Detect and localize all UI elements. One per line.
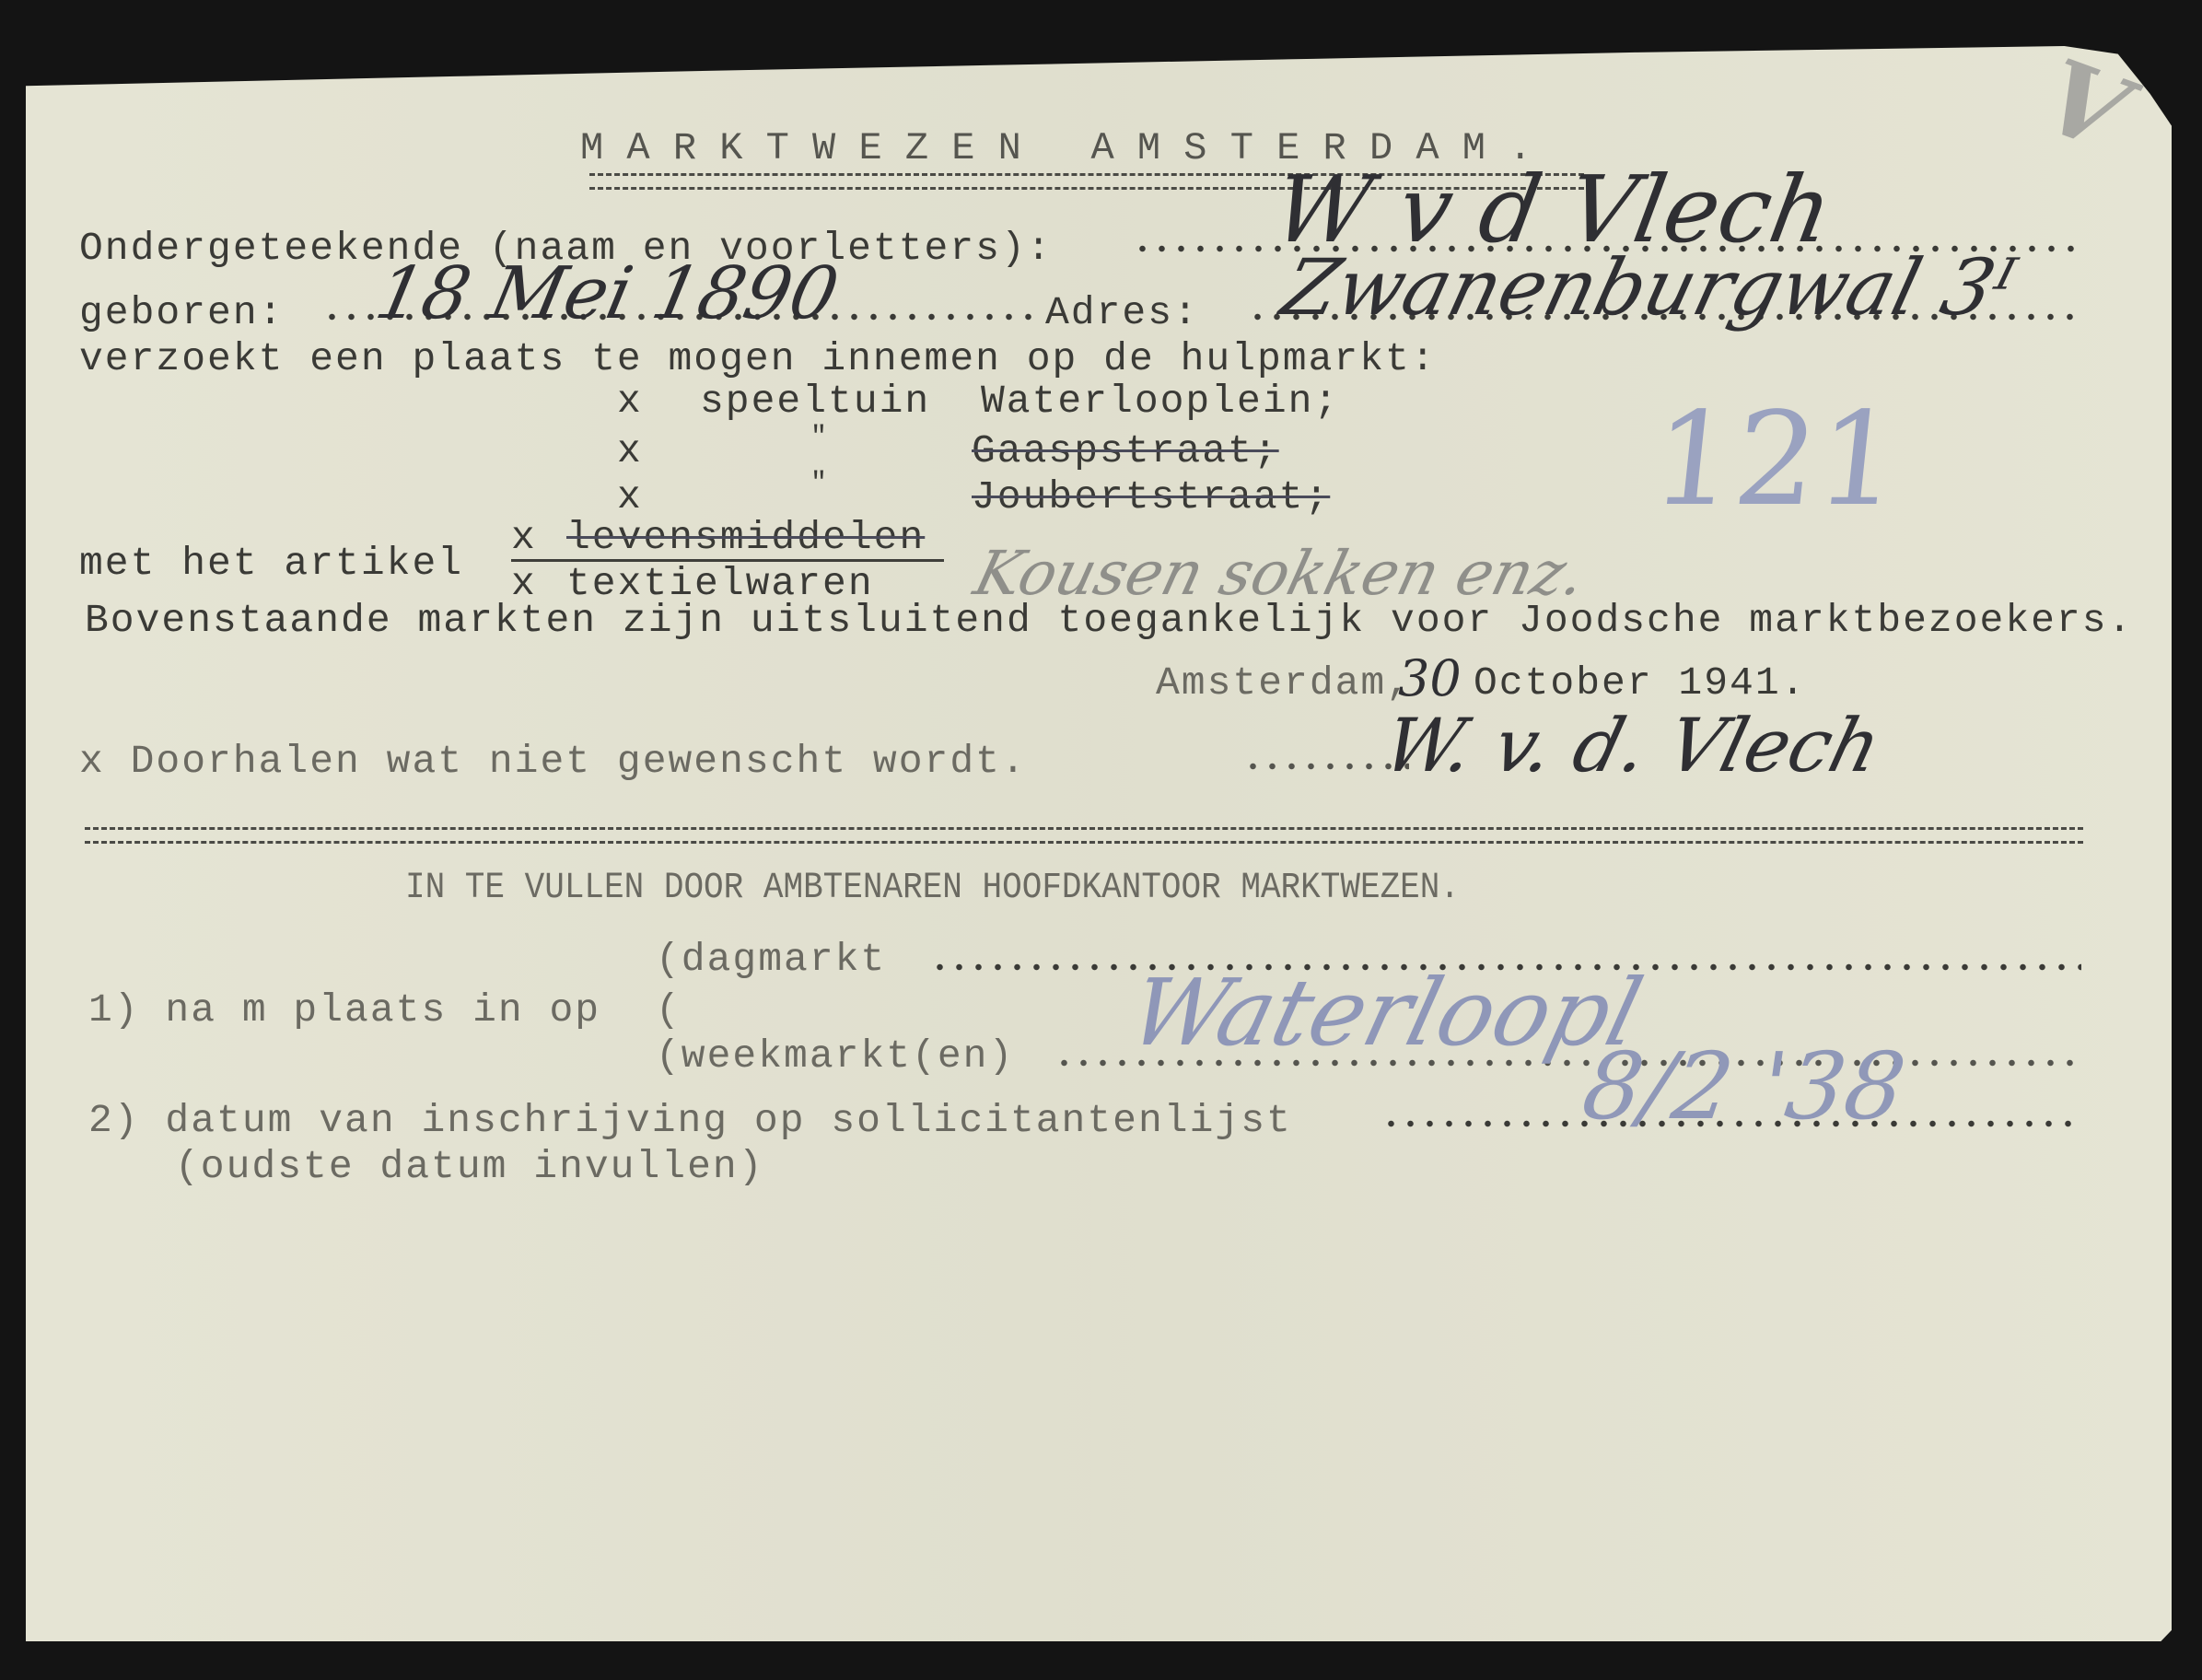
strike-instruction-footnote: x Doorhalen wat niet gewenscht wordt. [79, 741, 1027, 781]
item1-handwritten-market: Waterloopl [1122, 967, 1650, 1059]
market-mark: x [617, 431, 643, 471]
article-option-levensmiddelen: levensmiddelen [566, 518, 925, 557]
address-label: Adres: [1045, 293, 1199, 332]
item2-label: 2) datum van inschrijving op sollicitant… [88, 1101, 1292, 1140]
market-ditto: " [810, 424, 829, 451]
item2-subnote: (oudste datum invullen) [175, 1147, 764, 1186]
market-name-gaaspstraat: Gaaspstraat; [972, 431, 1279, 471]
official-section-header: IN TE VULLEN DOOR AMBTENAREN HOOFDKANTOO… [405, 870, 1460, 907]
item1-label: 1) na m plaats in op [88, 990, 600, 1030]
market-mark: x [617, 477, 643, 517]
section-separator [85, 827, 2083, 844]
item1-day-option: (dagmarkt [656, 939, 886, 979]
notice-text: Bovenstaande markten zijn uitsluitend to… [85, 601, 2133, 640]
request-text: verzoekt een plaats te mogen innemen op … [79, 339, 1437, 379]
signature-handwritten: W. v. d. Vlech [1377, 709, 1888, 783]
market-prefix: speeltuin [700, 381, 930, 421]
address-handwritten: Zwanenburgwal 3ᴵ [1276, 249, 2022, 326]
date-day-handwritten: 30 [1398, 654, 1462, 704]
born-handwritten: 18 Mei 1890 [370, 258, 845, 330]
market-mark: x [617, 381, 643, 421]
pencil-number-annotation: 121 [1647, 396, 1906, 525]
article-option1-mark: x [511, 518, 537, 557]
item1-week-option: (weekmarkt(en) [656, 1036, 1014, 1076]
market-name-waterlooplein: Waterlooplein; [981, 381, 1339, 421]
item2-handwritten-date: 8/2 '38 [1578, 1041, 1911, 1133]
market-name-joubertstraat: Joubertstraat; [972, 477, 1330, 517]
date-rest: October 1941. [1474, 663, 1806, 703]
born-label: geboren: [79, 293, 284, 332]
market-ditto: " [810, 470, 829, 497]
item1-bracket: ( [656, 990, 682, 1030]
place-prefix: Amsterdam, [1156, 663, 1412, 703]
article-label: met het artikel [79, 543, 463, 583]
article-handwritten-note: Kousen sokken enz. [969, 543, 1591, 604]
